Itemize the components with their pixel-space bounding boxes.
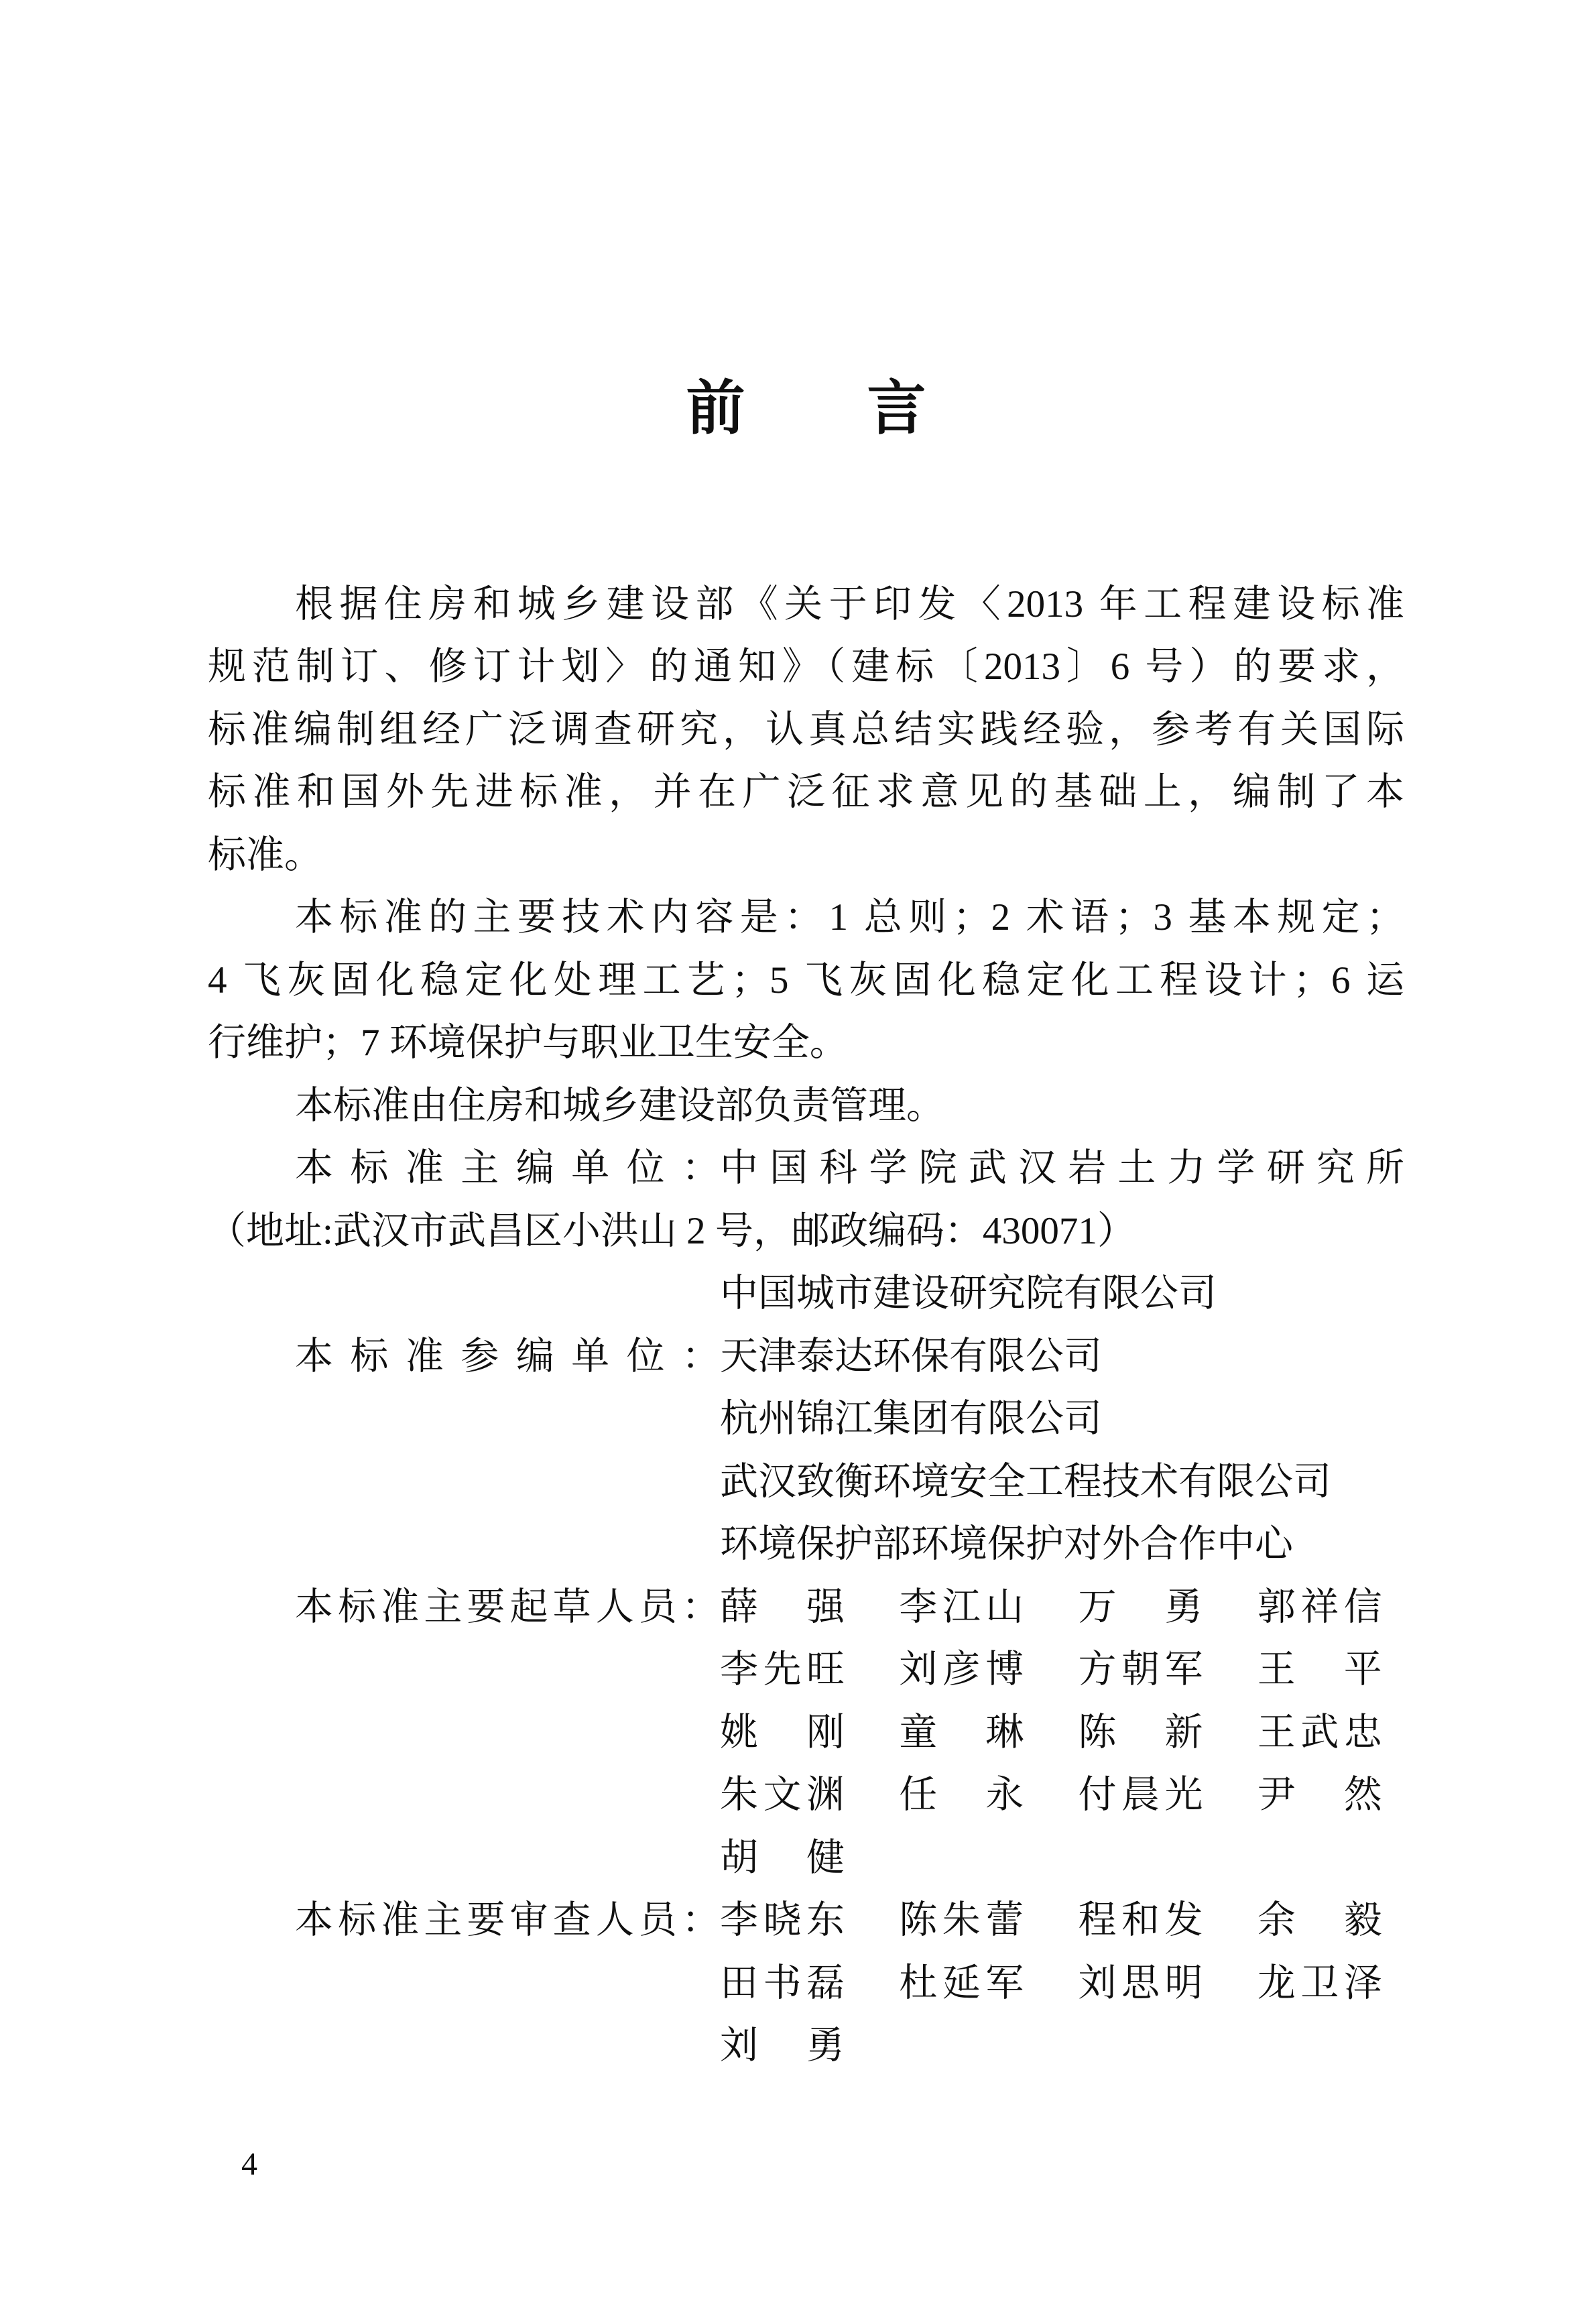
drafters-row: 李先旺 刘彦博 方朝军 王 平 [720,1638,1404,1701]
contents-line-2: 4 飞灰固化稳定化处理工艺；5 飞灰固化稳定化工程设计；6 运 [208,949,1404,1012]
chief-editor-unit: 中国科学院武汉岩土力学研究所 [720,1137,1404,1200]
reviewers-label: 本标准主要审查人员： [295,1889,720,1952]
drafter-name: 王武忠 [1257,1701,1382,1764]
participant-unit: 杭州锦江集团有限公司 [720,1388,1404,1451]
reviewer-name: 龙卫泽 [1257,1952,1382,2015]
reviewer-name: 田书磊 [720,1952,845,2015]
chief-editor-row: 本标准主编单位： 中国科学院武汉岩土力学研究所 [295,1137,1404,1200]
chief-editor-label: 本标准主编单位： [295,1137,720,1200]
chief-editor-unit-2: 中国城市建设研究院有限公司 [720,1262,1404,1325]
drafter-name: 尹 然 [1257,1764,1382,1827]
reviewer-names: 李晓东 陈朱蕾 程和发 余 毅 [720,1889,1404,1952]
drafter-names: 薛 强 李江山 万 勇 郭祥信 [720,1576,1404,1639]
intro-line-5: 标准。 [208,824,1404,887]
reviewer-name: 杜延军 [899,1952,1024,2015]
intro-line-4: 标准和国外先进标准，并在广泛征求意见的基础上，编制了本 [208,761,1404,824]
drafter-name: 任 永 [899,1764,1024,1827]
participant-unit: 环境保护部环境保护对外合作中心 [720,1513,1404,1576]
drafter-name: 万 勇 [1079,1576,1203,1639]
contents-line-1: 本标准的主要技术内容是：1 总则；2 术语；3 基本规定； [295,886,1404,949]
drafters-row: 胡 健 [720,1827,1404,1890]
drafters-row: 本标准主要起草人员： 薛 强 李江山 万 勇 郭祥信 [295,1576,1404,1639]
drafter-name: 姚 刚 [720,1701,845,1764]
contents-line-3: 行维护；7 环境保护与职业卫生安全。 [208,1012,1404,1075]
foreword-title: 前 言 [208,373,1406,446]
reviewers-row: 本标准主要审查人员： 李晓东 陈朱蕾 程和发 余 毅 [295,1889,1404,1952]
drafter-name: 朱文渊 [720,1764,845,1827]
participants-label: 本标准参编单位： [295,1325,720,1388]
reviewer-name: 刘思明 [1079,1952,1203,2015]
intro-line-3: 标准编制组经广泛调查研究，认真总结实践经验，参考有关国际 [208,698,1404,762]
drafter-name: 方朝军 [1079,1638,1203,1701]
drafter-name: 陈 新 [1079,1701,1203,1764]
drafter-name: 薛 强 [720,1576,845,1639]
drafter-name: 付晨光 [1079,1764,1203,1827]
page-number: 4 [233,2141,265,2188]
drafters-row: 姚 刚 童 琳 陈 新 王武忠 [720,1701,1404,1764]
reviewer-name: 余 毅 [1257,1889,1382,1952]
reviewer-name: 刘 勇 [720,2014,845,2077]
drafters-row: 朱文渊 任 永 付晨光 尹 然 [720,1764,1404,1827]
drafter-name: 郭祥信 [1257,1576,1382,1639]
drafter-name: 童 琳 [899,1701,1024,1764]
management-line: 本标准由住房和城乡建设部负责管理。 [295,1075,1404,1138]
drafter-name: 李江山 [899,1576,1024,1639]
drafter-name: 胡 健 [720,1827,845,1890]
participants-row: 本标准参编单位： 天津泰达环保有限公司 [295,1325,1404,1388]
intro-line-1: 根据住房和城乡建设部《关于印发〈2013 年工程建设标准 [295,573,1404,636]
drafter-name: 王 平 [1257,1638,1382,1701]
chief-editor-address: （地址:武汉市武昌区小洪山 2 号，邮政编码：430071） [208,1200,1404,1263]
intro-line-2: 规范制订、修订计划〉的通知》（建标〔2013〕6 号）的要求， [208,635,1404,698]
document-page: 前 言 根据住房和城乡建设部《关于印发〈2013 年工程建设标准 规范制订、修订… [0,0,1596,2310]
drafters-label: 本标准主要起草人员： [295,1576,720,1639]
participant-unit: 天津泰达环保有限公司 [720,1325,1404,1388]
reviewer-name: 陈朱蕾 [899,1889,1024,1952]
drafter-name: 李先旺 [720,1638,845,1701]
reviewers-row: 田书磊 杜延军 刘思明 龙卫泽 [720,1952,1404,2015]
reviewers-row: 刘 勇 [720,2014,1404,2077]
drafter-name: 刘彦博 [899,1638,1024,1701]
participant-unit: 武汉致衡环境安全工程技术有限公司 [720,1451,1404,1514]
reviewer-name: 程和发 [1079,1889,1203,1952]
reviewer-name: 李晓东 [720,1889,845,1952]
